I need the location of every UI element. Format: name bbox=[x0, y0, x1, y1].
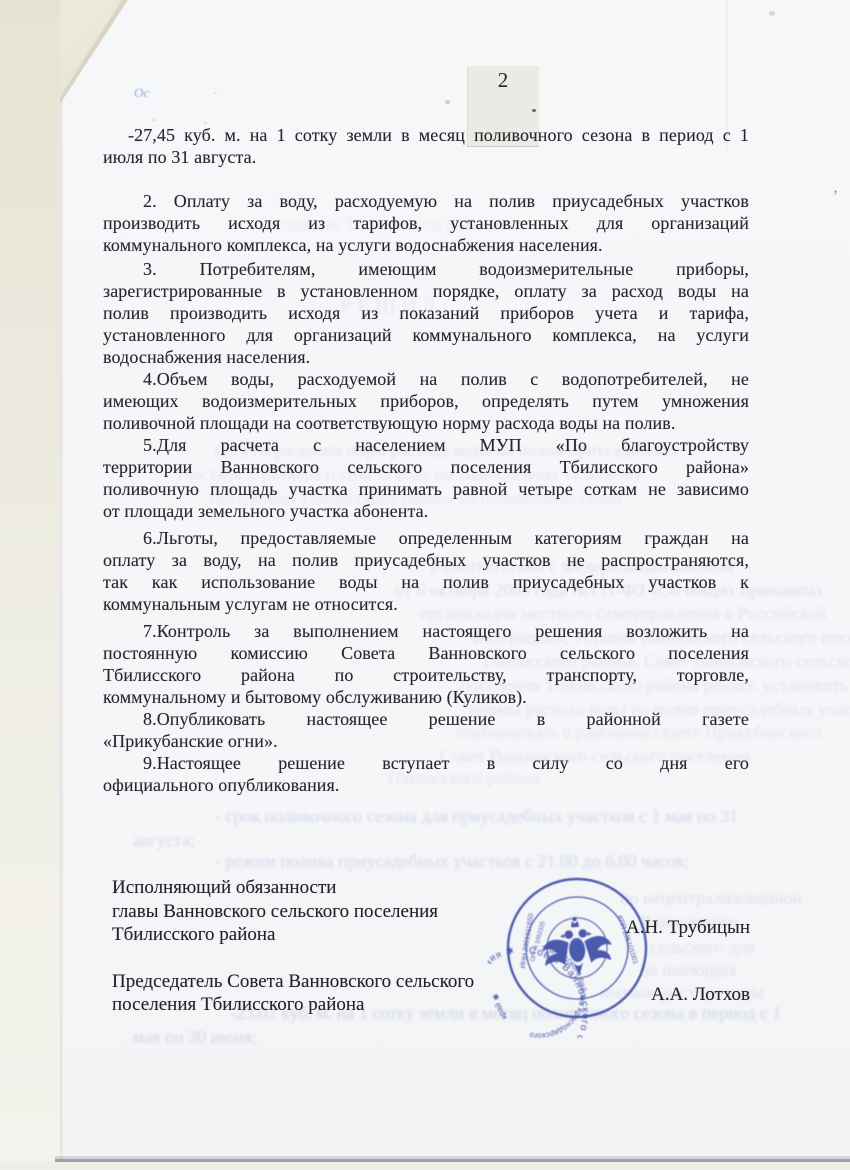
text-line: 4.Объем воды, расходуемой на полив с вод… bbox=[103, 368, 749, 390]
svg-text:край ✱: край ✱ bbox=[492, 992, 510, 1022]
text-line: постоянную комиссию Совета Ванновского с… bbox=[103, 642, 749, 664]
text-line: производить исходя из тарифов, установле… bbox=[103, 212, 749, 234]
text-line: «Прикубанские огни». bbox=[103, 730, 749, 752]
text-line: 3. Потребителям, имеющим водоизмерительн… bbox=[103, 258, 749, 280]
paragraph: 5.Для расчета с населением МУП «По благо… bbox=[103, 434, 749, 522]
text-line: поливочной площади на соответствующую но… bbox=[103, 412, 749, 434]
text-line: Тбилисского района по строительству, тра… bbox=[103, 664, 749, 686]
paragraph: 4.Объем воды, расходуемой на полив с вод… bbox=[103, 368, 749, 434]
text-line: июля по 31 августа. bbox=[103, 146, 749, 168]
bleed-through-line: мая по 30 июня; bbox=[133, 1027, 257, 1048]
text-line: имеющих водоизмерительных приборов, опре… bbox=[103, 390, 749, 412]
paper-left-edge-shadow bbox=[60, 0, 64, 1170]
scanned-document-page: поселения Тбилисского районаР Е Ш И Л :О… bbox=[0, 0, 850, 1170]
stamp-ring-text-krai: край ✱ bbox=[492, 992, 510, 1022]
scanner-bed-strip bbox=[0, 0, 60, 1170]
paragraph: 9.Настоящее решение вступает в силу со д… bbox=[103, 752, 749, 796]
paragraph: 8.Опубликовать настоящее решение в район… bbox=[103, 708, 749, 752]
text-line: 5.Для расчета с населением МУП «По благо… bbox=[103, 434, 749, 456]
text-line: территории Ванновского сельского поселен… bbox=[103, 456, 749, 478]
text-line: коммунальным услугам не относится. bbox=[103, 593, 749, 615]
folded-corner bbox=[60, 0, 122, 97]
text-line: оплату за воду, на полив приусадебных уч… bbox=[103, 549, 749, 571]
scan-speck bbox=[769, 11, 775, 16]
paragraph: 6.Льготы, предоставляемые определенным к… bbox=[103, 527, 749, 615]
scan-speck bbox=[204, 122, 207, 124]
document-body: -27,45 куб. м. на 1 сотку земли в месяц … bbox=[103, 124, 749, 796]
text-line: установленного для организаций коммуналь… bbox=[103, 324, 749, 346]
text-line: так как использование воды на полив приу… bbox=[103, 571, 749, 593]
text-line: 6.Льготы, предоставляемые определенным к… bbox=[103, 527, 749, 549]
text-line: 7.Контроль за выполнением настоящего реш… bbox=[103, 620, 749, 642]
paragraph: -27,45 куб. м. на 1 сотку земли в месяц … bbox=[103, 124, 749, 168]
text-line: коммунального комплекса, на услуги водос… bbox=[103, 234, 749, 256]
page-number: 2 bbox=[470, 68, 536, 93]
text-line: 8.Опубликовать настоящее решение в район… bbox=[103, 708, 749, 730]
text-line: официального опубликования. bbox=[103, 774, 749, 796]
text-line: 9.Настоящее решение вступает в силу со д… bbox=[103, 752, 749, 774]
text-line: -27,45 куб. м. на 1 сотку земли в месяц … bbox=[103, 124, 749, 146]
text-line: поливочную площадь участка принимать рав… bbox=[103, 478, 749, 500]
double-headed-eagle-icon bbox=[539, 914, 614, 979]
stray-mark: ’ bbox=[833, 188, 838, 205]
text-line: полив производить исходя из показаний пр… bbox=[103, 302, 749, 324]
scanner-bed-bottom bbox=[0, 1162, 850, 1170]
text-line: коммунальному и бытовому обслуживанию (К… bbox=[103, 686, 749, 708]
pen-mark: Ос bbox=[134, 85, 149, 101]
scan-speck bbox=[152, 119, 155, 121]
text-line: 2. Оплату за воду, расходуемую на полив … bbox=[103, 190, 749, 212]
scan-speck bbox=[445, 100, 450, 104]
paragraph: 3. Потребителям, имеющим водоизмерительн… bbox=[103, 258, 749, 368]
scan-speck bbox=[214, 92, 217, 94]
text-line: водоснабжения населения. bbox=[103, 346, 749, 368]
official-round-stamp: Совет Ванновского сельского поселения ✱ … bbox=[479, 850, 674, 1045]
text-line: зарегистрированные в установленном поряд… bbox=[103, 280, 749, 302]
bleed-through-line: августа; bbox=[133, 830, 195, 851]
text-line: от площади земельного участка абонента. bbox=[103, 500, 749, 522]
bleed-through-line: - срок поливочного сезона для приусадебн… bbox=[215, 806, 738, 827]
scan-speck bbox=[532, 109, 536, 112]
paragraph: 7.Контроль за выполнением настоящего реш… bbox=[103, 620, 749, 708]
paragraph: 2. Оплату за воду, расходуемую на полив … bbox=[103, 190, 749, 256]
